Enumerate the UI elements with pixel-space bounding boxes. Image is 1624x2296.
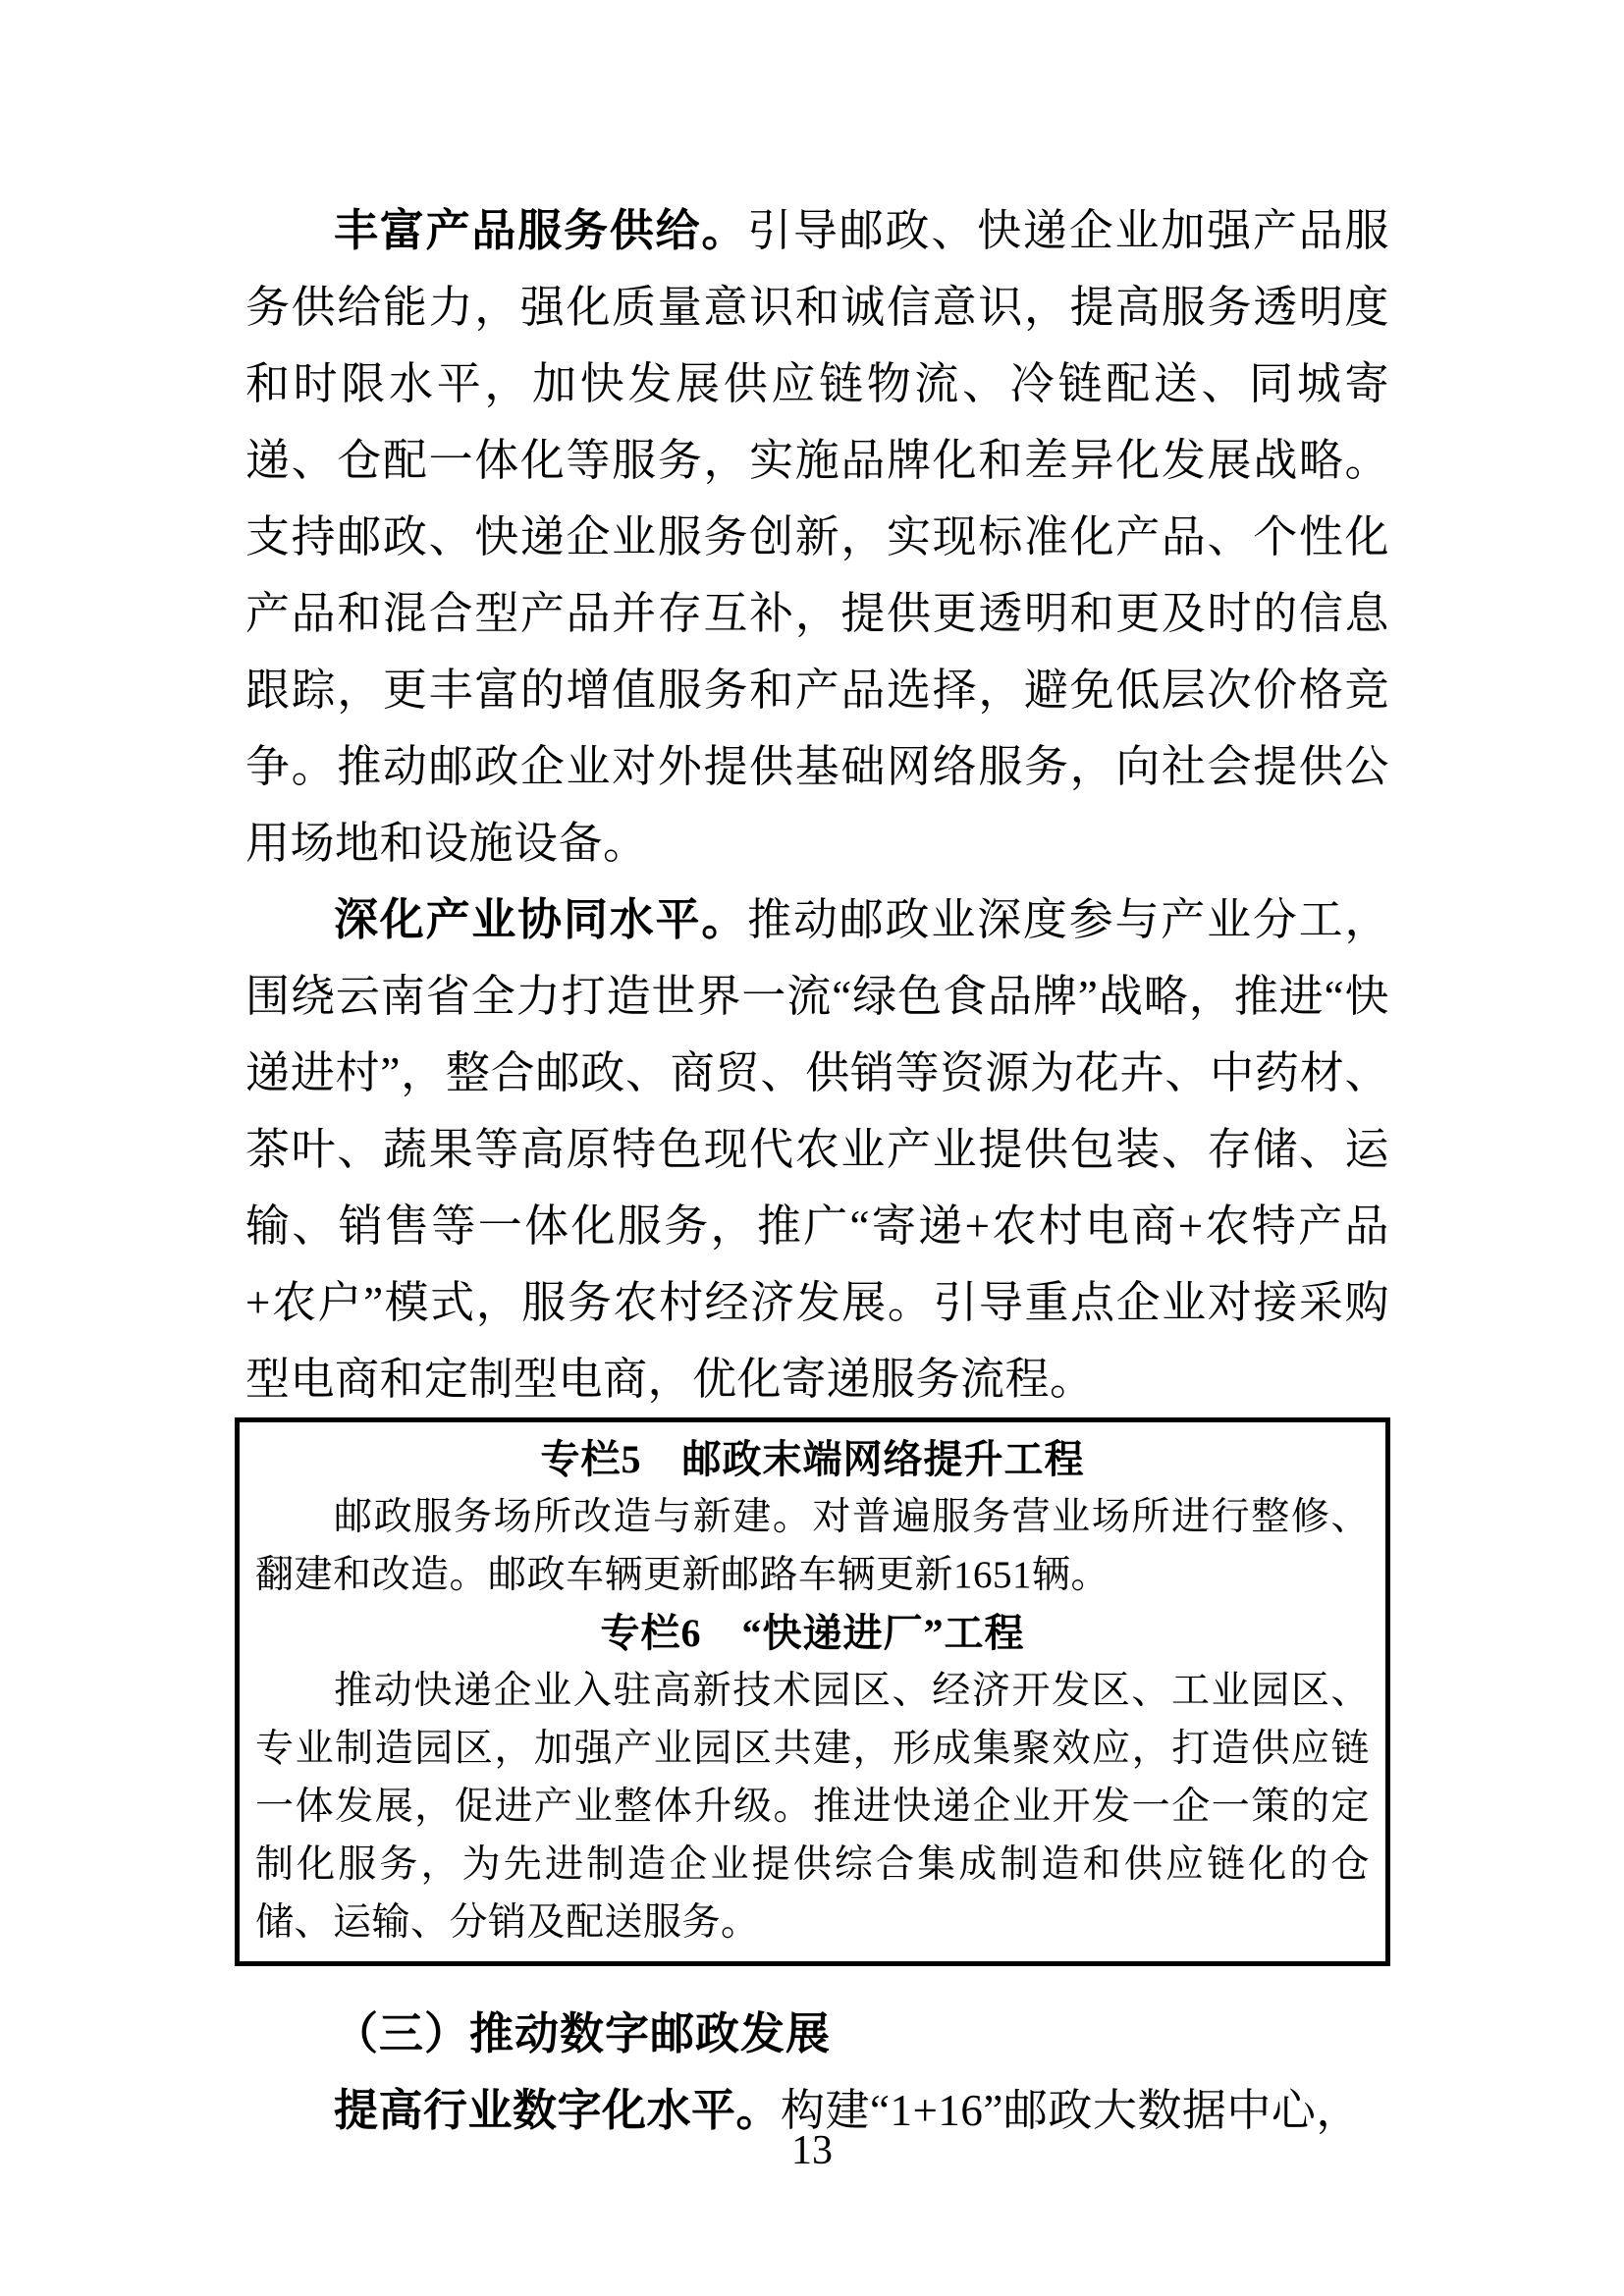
paragraph-industry-synergy-lead: 深化产业协同水平。 <box>334 895 747 944</box>
paragraph-enrich-products-text: 引导邮政、快递企业加强产品服务供给能力，强化质量意识和诚信意识，提高服务透明度和… <box>245 206 1389 868</box>
column5-title: 专栏5 邮政末端网络提升工程 <box>255 1430 1370 1488</box>
paragraph-industry-synergy: 深化产业协同水平。推动邮政业深度参与产业分工，围绕云南省全力打造世界一流“绿色食… <box>245 881 1389 1417</box>
paragraph-enrich-products: 丰富产品服务供给。引导邮政、快递企业加强产品服务供给能力，强化质量意识和诚信意识… <box>245 192 1389 881</box>
column6-text: 推动快递企业入驻高新技术园区、经济开发区、工业园区、专业制造园区，加强产业园区共… <box>255 1662 1370 1951</box>
column6-title: 专栏6 “快递进厂”工程 <box>255 1604 1370 1662</box>
document-page: 丰富产品服务供给。引导邮政、快递企业加强产品服务供给能力，强化质量意识和诚信意识… <box>0 0 1624 2296</box>
paragraph-industry-synergy-text: 推动邮政业深度参与产业分工，围绕云南省全力打造世界一流“绿色食品牌”战略，推进“… <box>245 895 1389 1404</box>
column5-text: 邮政服务场所改造与新建。对普遍服务营业场所进行整修、翻建和改造。邮政车辆更新邮路… <box>255 1488 1370 1604</box>
section-heading-digital-post: （三）推动数字邮政发展 <box>245 1996 1389 2072</box>
page-number: 13 <box>0 2128 1624 2173</box>
special-column-box: 专栏5 邮政末端网络提升工程 邮政服务场所改造与新建。对普遍服务营业场所进行整修… <box>235 1417 1390 1966</box>
paragraph-enrich-products-lead: 丰富产品服务供给。 <box>334 206 747 255</box>
